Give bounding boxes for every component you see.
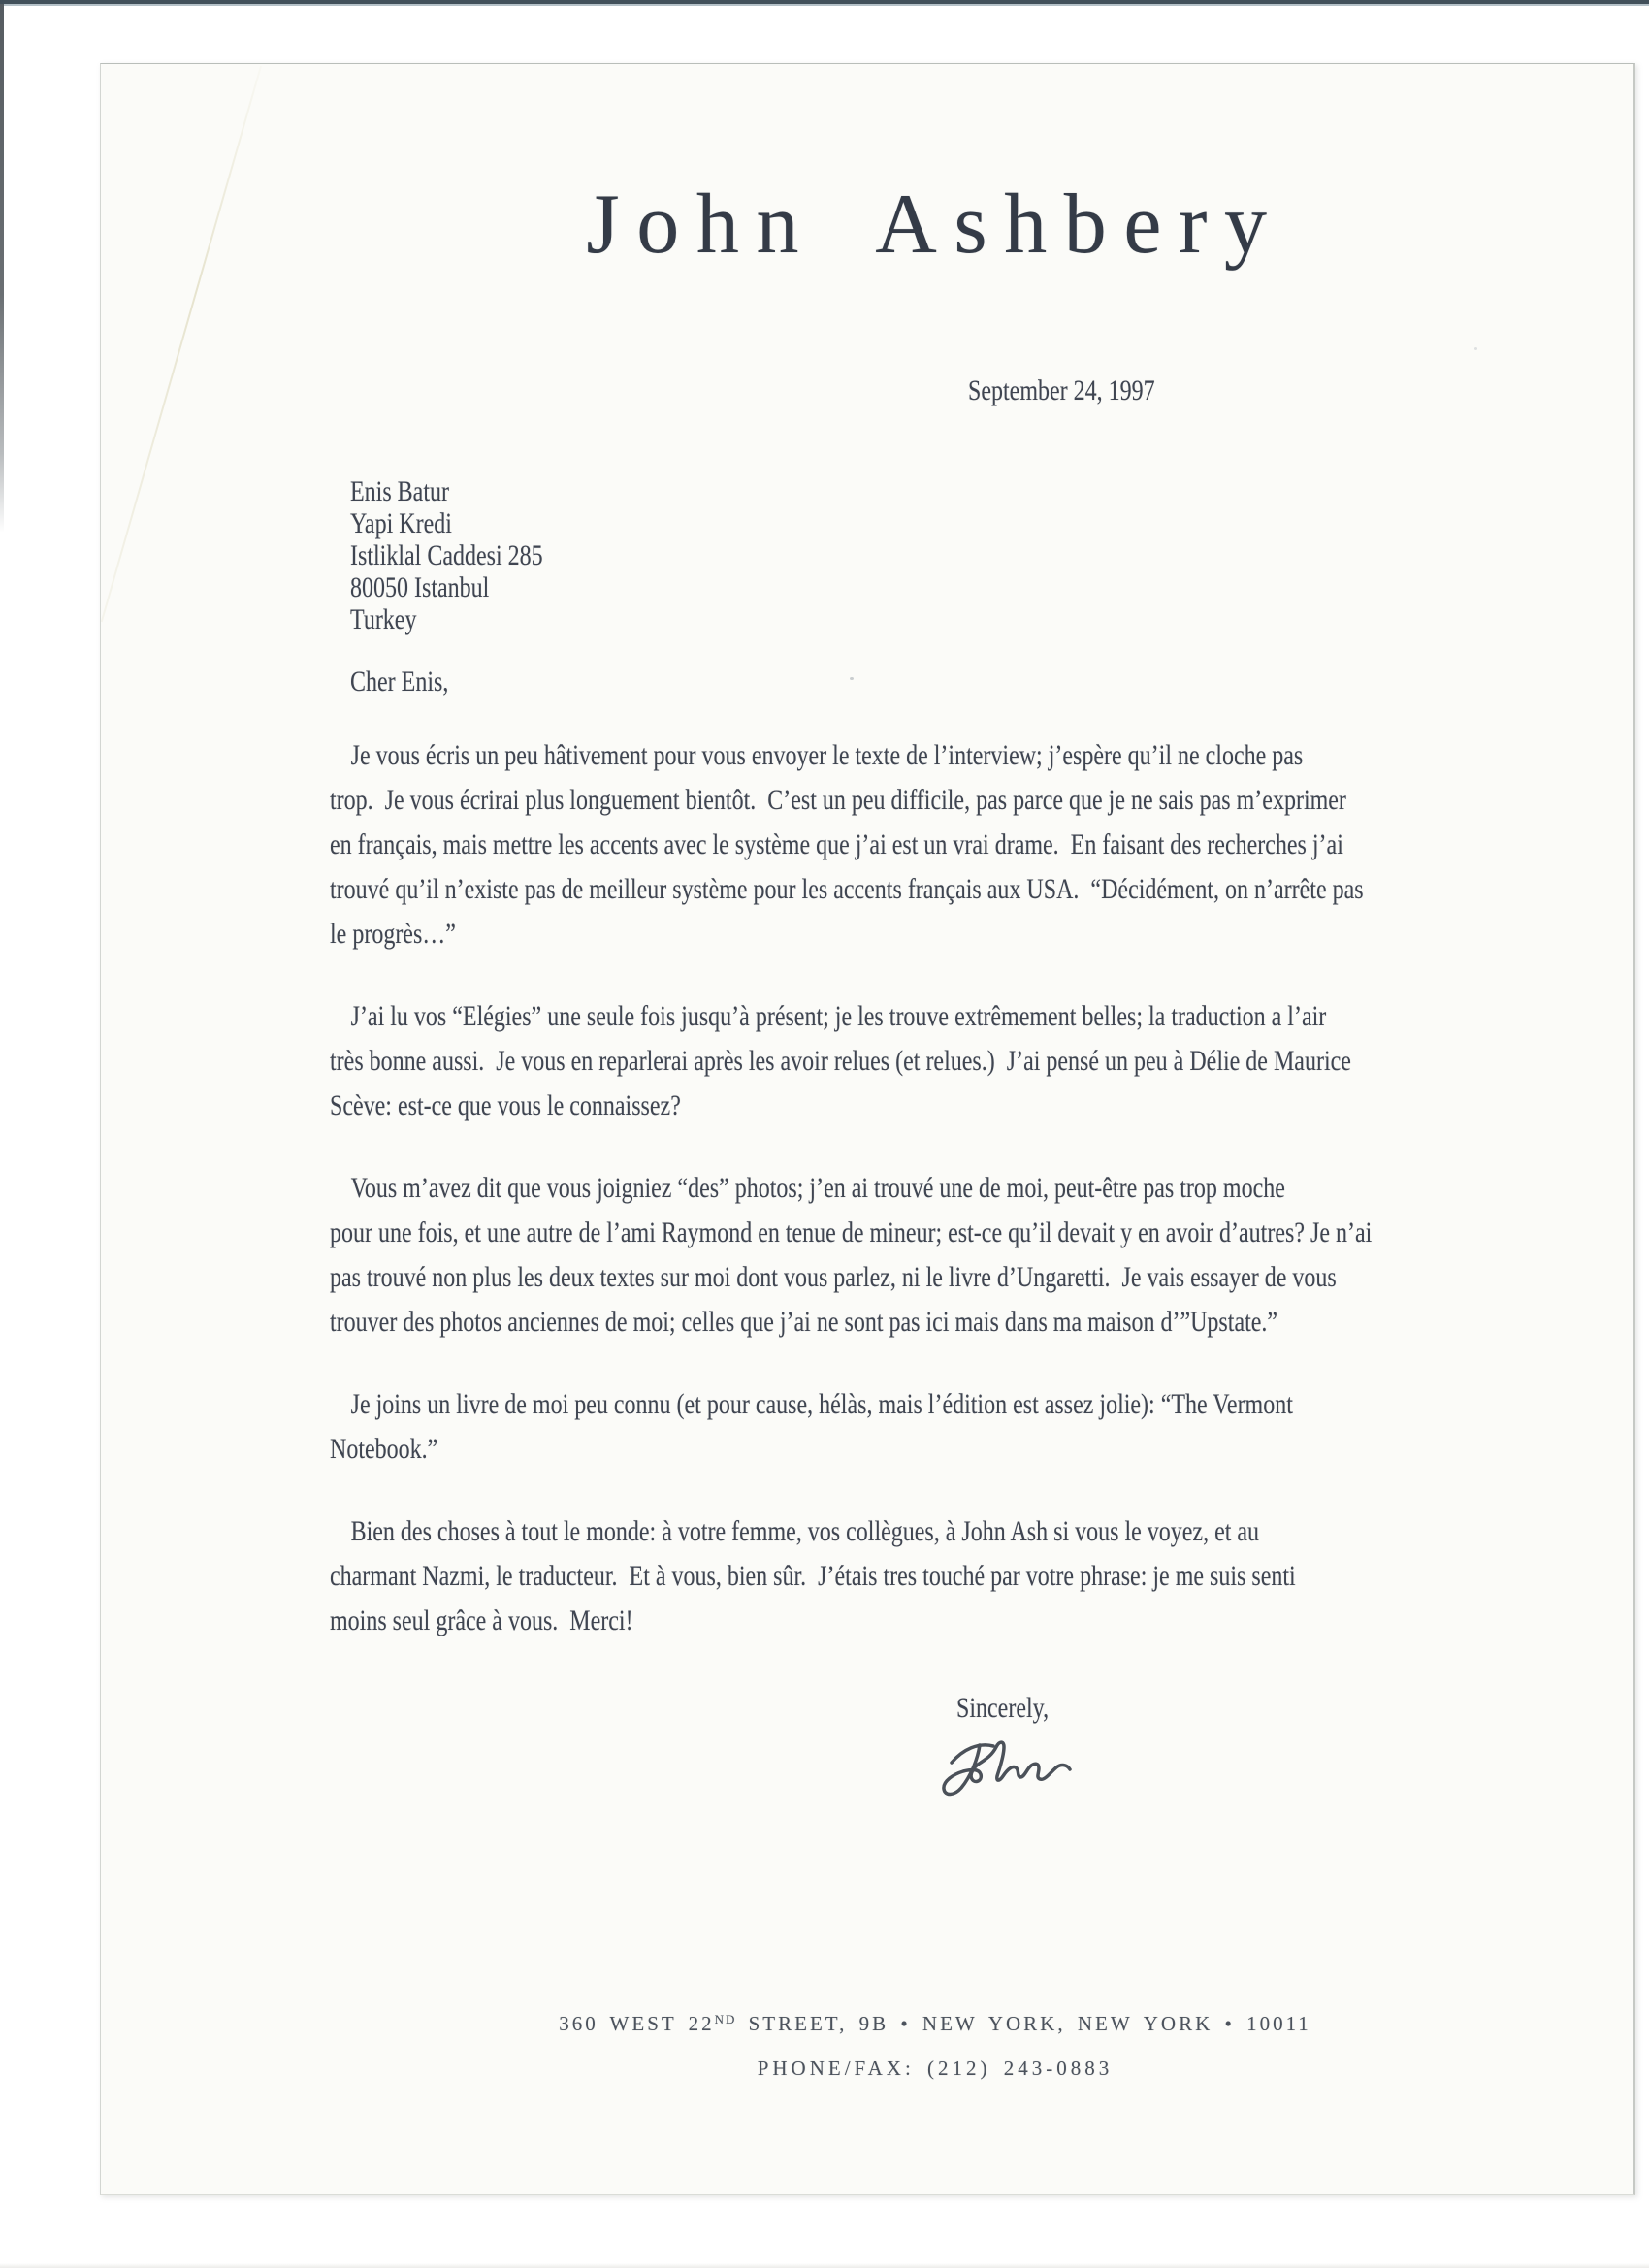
body-paragraph: Bien des choses à tout le monde: à votre…: [330, 1509, 1542, 1643]
text-line: charmant Nazmi, le traducteur. Et à vous…: [330, 1554, 1300, 1599]
text-line: très bonne aussi. Je vous en reparlerai …: [330, 1039, 1300, 1084]
paper-speck: [850, 677, 854, 680]
body-paragraph: J’ai lu vos “Elégies” une seule fois jus…: [330, 994, 1542, 1128]
text-line: Vous m’avez dit que vous joigniez “des” …: [330, 1166, 1300, 1211]
text-line: Istliklal Caddesi 285: [350, 539, 543, 571]
text-line: Turkey: [350, 603, 543, 635]
salutation-text: Cher Enis,: [350, 665, 448, 698]
letter-body: Je vous écris un peu hâtivement pour vou…: [330, 733, 1542, 1681]
letter-date: September 24, 1997: [968, 374, 1202, 407]
text-line: trouvé qu’il n’existe pas de meilleur sy…: [330, 867, 1300, 912]
paper-speck: [1474, 347, 1477, 350]
text-line: pas trouvé non plus les deux textes sur …: [330, 1255, 1300, 1300]
scanner-edge-bottom: [0, 2263, 1649, 2268]
footer-address: 360 WEST 22ND STREET, 9B • NEW YORK, NEW…: [256, 2012, 1614, 2036]
text-line: 80050 Istanbul: [350, 571, 543, 603]
text-line: Bien des choses à tout le monde: à votre…: [330, 1509, 1300, 1554]
recipient-address: Enis BaturYapi KrediIstliklal Caddesi 28…: [350, 475, 591, 635]
text-line: Enis Batur: [350, 475, 543, 507]
paper-fold-crease: [101, 66, 262, 622]
scanner-edge-top-soft: [0, 4, 1649, 6]
footer-address-post: STREET, 9B • NEW YORK, NEW YORK • 10011: [736, 2012, 1310, 2035]
scanned-letter: John Ashbery September 24, 1997 Enis Bat…: [0, 0, 1649, 2268]
salutation: Cher Enis,: [350, 665, 473, 698]
body-paragraph: Vous m’avez dit que vous joigniez “des” …: [330, 1166, 1542, 1345]
closing-sincerely: Sincerely,: [956, 1692, 1072, 1725]
scanner-edge-left: [0, 4, 4, 533]
body-paragraph: Je vous écris un peu hâtivement pour vou…: [330, 733, 1542, 956]
text-line: trouver des photos anciennes de moi; cel…: [330, 1300, 1300, 1345]
text-line: pour une fois, et une autre de l’ami Ray…: [330, 1211, 1300, 1255]
text-line: trop. Je vous écrirai plus longuement bi…: [330, 778, 1300, 823]
text-line: J’ai lu vos “Elégies” une seule fois jus…: [330, 994, 1300, 1039]
sincerely-text: Sincerely,: [956, 1692, 1049, 1725]
body-paragraph: Je joins un livre de moi peu connu (et p…: [330, 1382, 1542, 1472]
text-line: le progrès…”: [330, 912, 1300, 956]
letterhead-footer: 360 WEST 22ND STREET, 9B • NEW YORK, NEW…: [256, 2012, 1614, 2081]
text-line: en français, mais mettre les accents ave…: [330, 823, 1300, 867]
text-line: Scève: est-ce que vous le connaissez?: [330, 1084, 1300, 1128]
text-line: moins seul grâce à vous. Merci!: [330, 1599, 1300, 1643]
letterhead-name: John Ashbery: [586, 178, 1283, 273]
text-line: Je vous écris un peu hâtivement pour vou…: [330, 733, 1300, 778]
footer-phone: PHONE/FAX: (212) 243-0883: [256, 2057, 1614, 2081]
letter-paper: John Ashbery September 24, 1997 Enis Bat…: [100, 63, 1635, 2195]
text-line: Yapi Kredi: [350, 507, 543, 539]
signature-john: [903, 1726, 1136, 1832]
footer-address-pre: 360 WEST 22: [559, 2012, 714, 2035]
text-line: Je joins un livre de moi peu connu (et p…: [330, 1382, 1300, 1427]
footer-address-ordinal: ND: [715, 2012, 737, 2026]
date-text: September 24, 1997: [968, 374, 1155, 407]
text-line: Notebook.”: [330, 1427, 1300, 1472]
